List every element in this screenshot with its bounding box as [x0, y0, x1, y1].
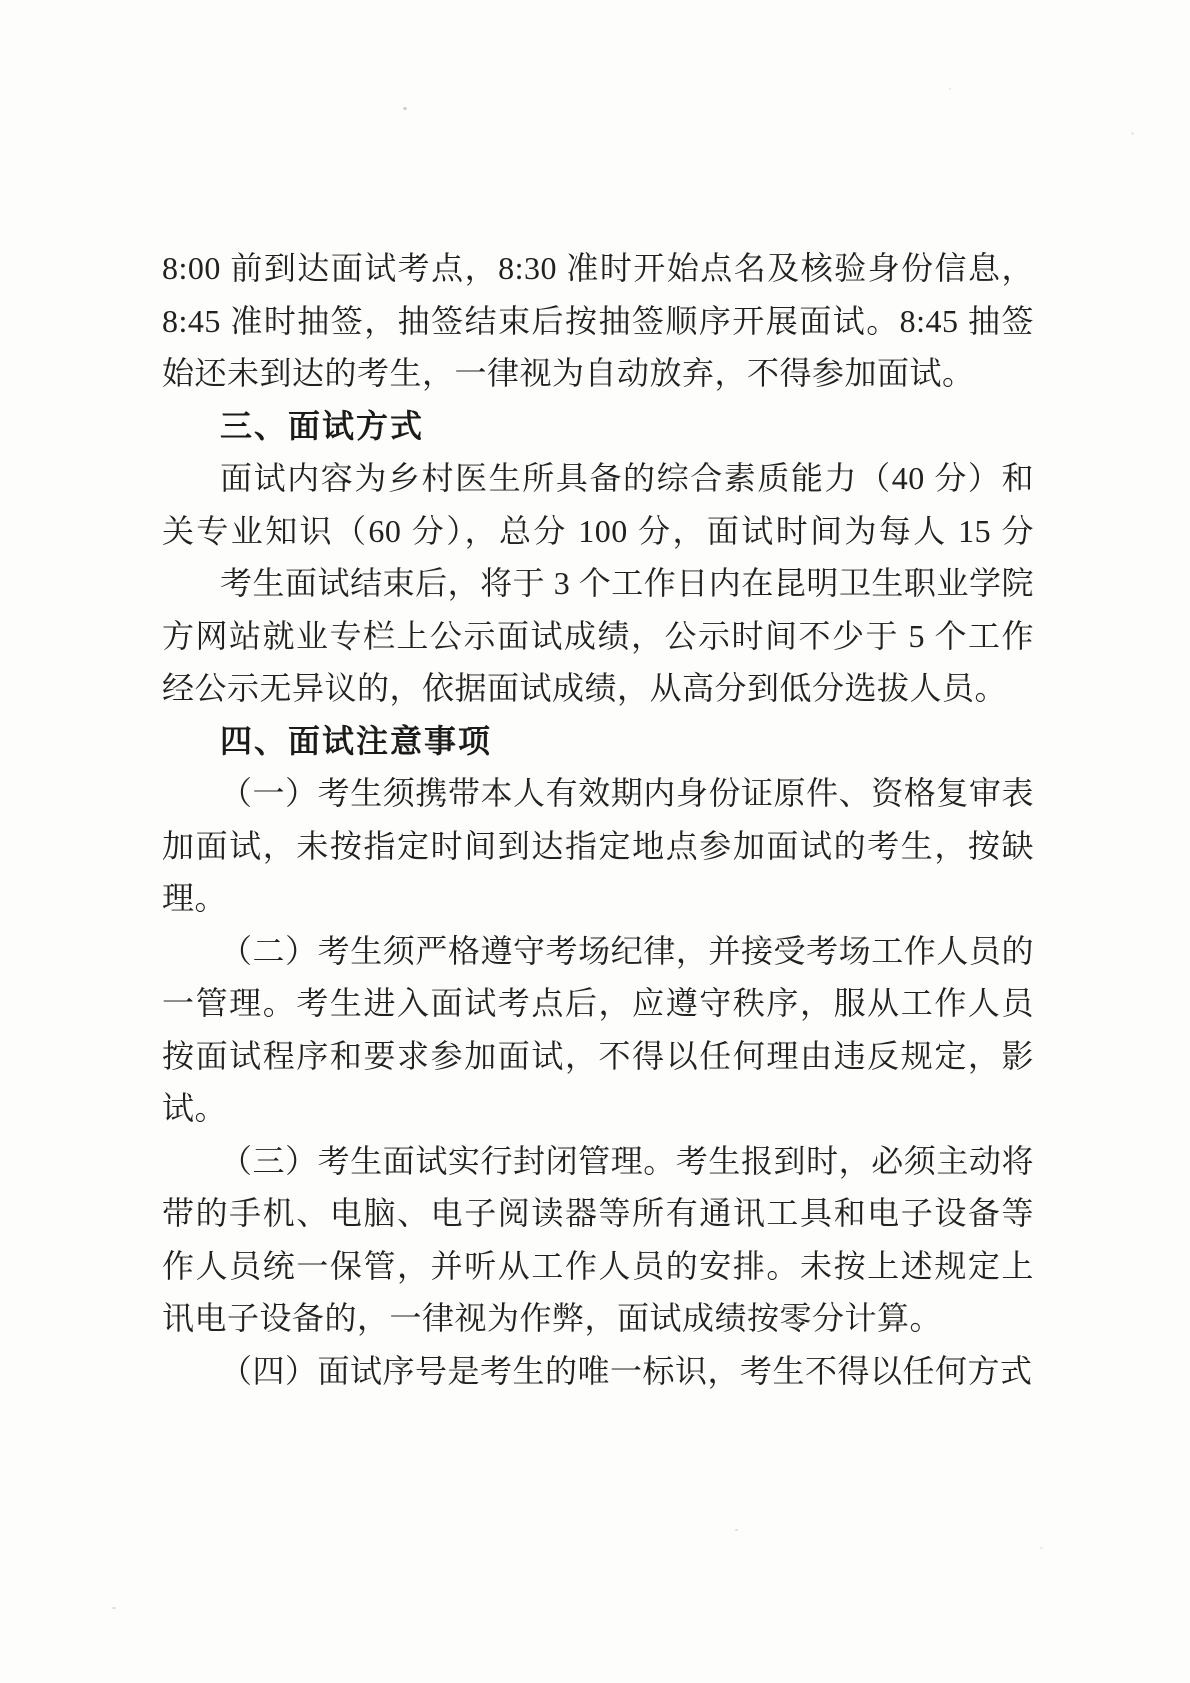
text-line: 作人员统一保管，并听从工作人员的安排。未按上述规定上交通 [162, 1240, 1034, 1293]
section-heading: 三、面试方式 [162, 400, 1034, 453]
scan-speck [112, 1607, 116, 1609]
scan-speck [949, 88, 951, 90]
text-line: 一管理。考生进入面试考点后，应遵守秩序，服从工作人员安排， [162, 977, 1034, 1030]
text-line: （二）考生须严格遵守考场纪律，并接受考场工作人员的统 [162, 925, 1034, 978]
document-text-block: 8:00 前到达面试考点，8:30 准时开始点名及核验身份信息，8:45 准时抽… [162, 242, 1034, 1397]
document-page: 8:00 前到达面试考点，8:30 准时开始点名及核验身份信息，8:45 准时抽… [0, 0, 1190, 1683]
text-line: 按面试程序和要求参加面试，不得以任何理由违反规定，影响面 [162, 1030, 1034, 1083]
text-line: 方网站就业专栏上公示面试成绩，公示时间不少于 5 个工作日。 [162, 610, 1034, 663]
text-line: （三）考生面试实行封闭管理。考生报到时，必须主动将携 [162, 1135, 1034, 1188]
text-line: 理。 [162, 872, 1034, 925]
text-line: 试。 [162, 1082, 1034, 1135]
scan-speck [1040, 1547, 1043, 1549]
scan-speck [921, 1257, 924, 1260]
text-line: 面试内容为乡村医生所具备的综合素质能力（40 分）和相 [162, 452, 1034, 505]
text-line: 经公示无异议的，依据面试成绩，从高分到低分选拔人员。 [162, 662, 1034, 715]
text-line: 8:45 准时抽签，抽签结束后按抽签顺序开展面试。8:45 抽签开 [162, 295, 1034, 348]
scan-speck [403, 107, 407, 110]
text-line: 8:00 前到达面试考点，8:30 准时开始点名及核验身份信息， [162, 242, 1034, 295]
text-line: 加面试，未按指定时间到达指定地点参加面试的考生，按缺考处 [162, 820, 1034, 873]
text-line: 考生面试结束后，将于 3 个工作日内在昆明卫生职业学院官 [162, 557, 1034, 610]
scan-speck [1131, 132, 1134, 135]
scan-speck [735, 1529, 738, 1531]
text-line: 始还未到达的考生，一律视为自动放弃，不得参加面试。 [162, 347, 1034, 400]
text-line: （四）面试序号是考生的唯一标识，考生不得以任何方式向 [162, 1345, 1034, 1398]
text-line: 关专业知识（60 分），总分 100 分，面试时间为每人 15 分钟。 [162, 505, 1034, 558]
text-line: 讯电子设备的，一律视为作弊，面试成绩按零分计算。 [162, 1292, 1034, 1345]
text-line: 带的手机、电脑、电子阅读器等所有通讯工具和电子设备等交工 [162, 1187, 1034, 1240]
text-line: （一）考生须携带本人有效期内身份证原件、资格复审表参 [162, 767, 1034, 820]
section-heading: 四、面试注意事项 [162, 715, 1034, 768]
